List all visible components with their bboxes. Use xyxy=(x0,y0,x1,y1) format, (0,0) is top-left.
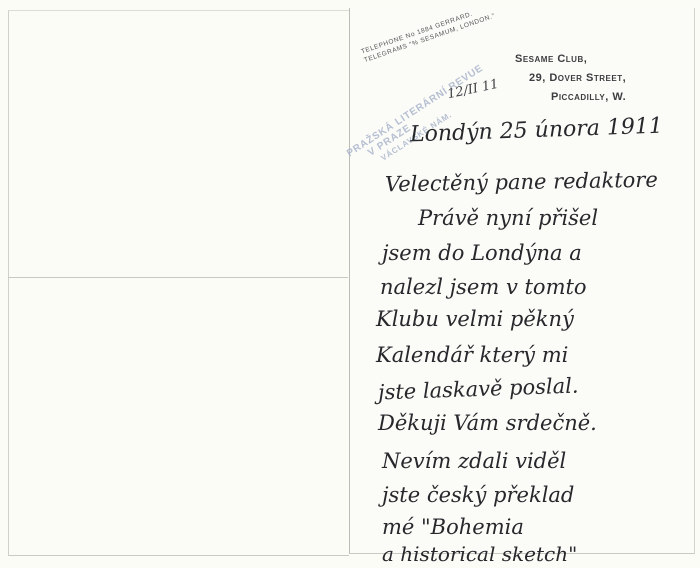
fold-line xyxy=(8,277,348,278)
club-district: Piccadilly, W. xyxy=(551,88,626,107)
handwritten-line: jsem do Londýna a xyxy=(382,241,582,265)
handwritten-line: Děkuji Vám srdečně. xyxy=(378,411,597,435)
handwritten-line: Právě nyní přišel xyxy=(418,206,598,230)
handwritten-line: a historical sketch" xyxy=(382,542,577,566)
handwritten-line: Kalendář který mi xyxy=(376,343,568,367)
handwritten-line: Klubu velmi pěkný xyxy=(376,307,574,331)
handwritten-line: jste český překlad xyxy=(382,483,574,507)
club-name: Sesame Club, xyxy=(515,50,626,69)
handwritten-line: Nevím zdali viděl xyxy=(382,449,566,473)
left-page-blank xyxy=(8,10,349,556)
club-letterhead: Sesame Club, 29, Dover Street, Piccadill… xyxy=(515,50,626,107)
scan-background: TELEPHONE No 1884 GERRARD. TELEGRAMS "% … xyxy=(0,0,700,568)
handwritten-line: mé "Bohemia xyxy=(382,515,524,539)
handwritten-line: Velectěný pane redaktore xyxy=(385,168,658,197)
club-street: 29, Dover Street, xyxy=(529,69,626,88)
handwritten-line: nalezl jsem v tomto xyxy=(380,275,587,299)
